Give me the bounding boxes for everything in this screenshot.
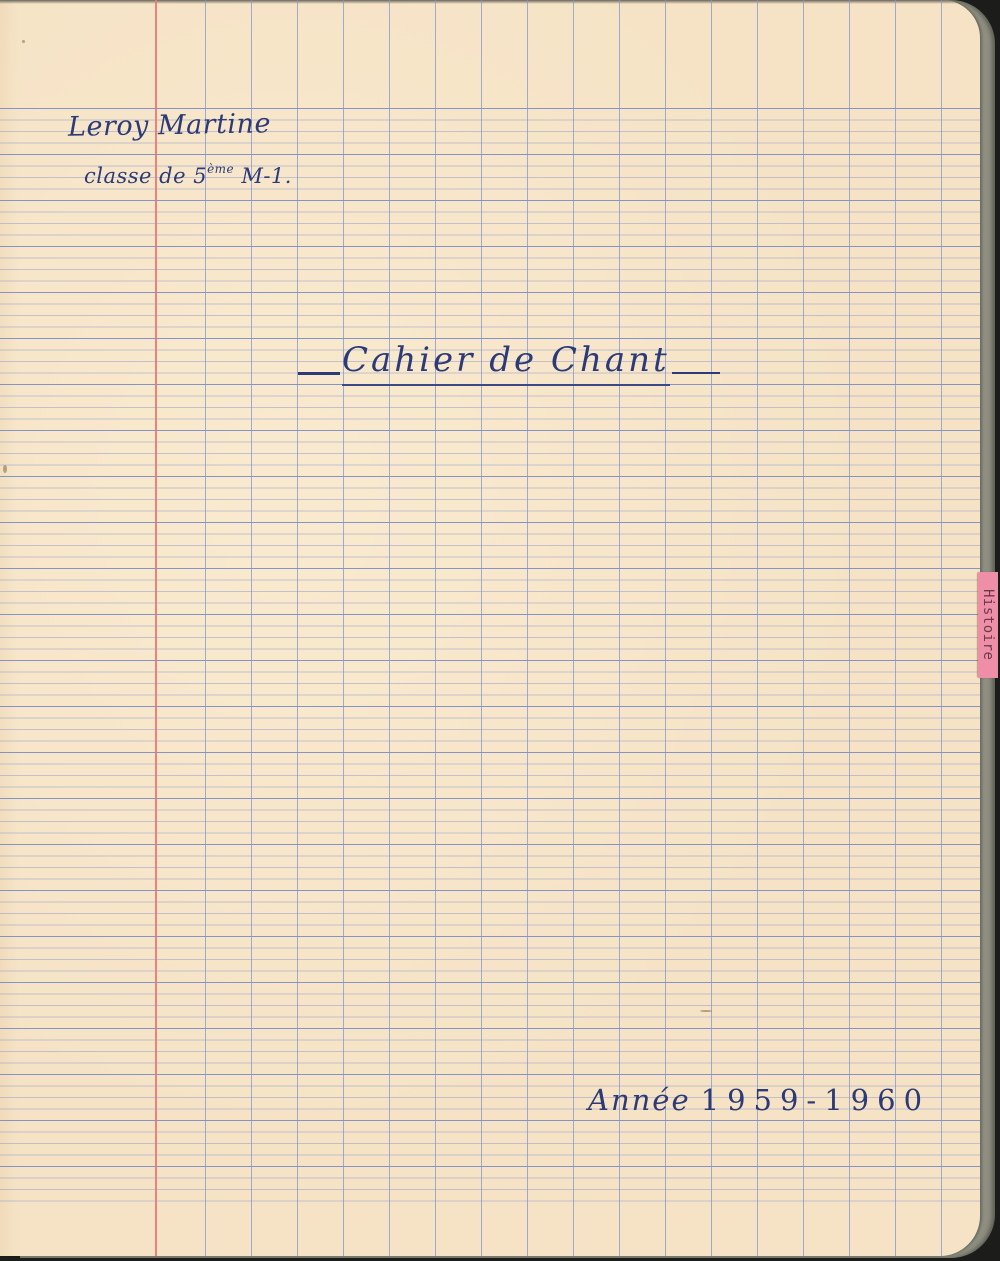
notebook-scan: Leroy Martine classe de 5ème M-1. Cahier… bbox=[0, 0, 1000, 1261]
student-name: Leroy Martine bbox=[68, 108, 271, 143]
title-dash-right bbox=[672, 372, 720, 374]
divider-tab-histoire[interactable]: Histoire bbox=[978, 572, 998, 678]
title-block: Cahier de Chant bbox=[298, 336, 720, 386]
paper-speck bbox=[3, 465, 7, 473]
red-margin-line bbox=[155, 0, 157, 1256]
title-dash-left bbox=[298, 372, 340, 375]
paper-speck bbox=[22, 40, 25, 43]
class-superscript: ème bbox=[207, 162, 234, 176]
class-line: classe de 5ème M-1. bbox=[84, 162, 292, 188]
paper-speck bbox=[700, 1010, 712, 1012]
class-prefix: classe de 5 bbox=[84, 164, 207, 188]
vertical-ruling bbox=[205, 0, 980, 1256]
notebook-page: Leroy Martine classe de 5ème M-1. Cahier… bbox=[0, 0, 980, 1256]
school-year: Année1959-1960 bbox=[588, 1083, 930, 1117]
divider-tab-label: Histoire bbox=[980, 589, 996, 660]
year-value: 1959-1960 bbox=[701, 1083, 930, 1117]
year-label: Année bbox=[588, 1083, 691, 1117]
class-suffix: M-1. bbox=[234, 164, 292, 188]
notebook-title: Cahier de Chant bbox=[342, 340, 670, 386]
